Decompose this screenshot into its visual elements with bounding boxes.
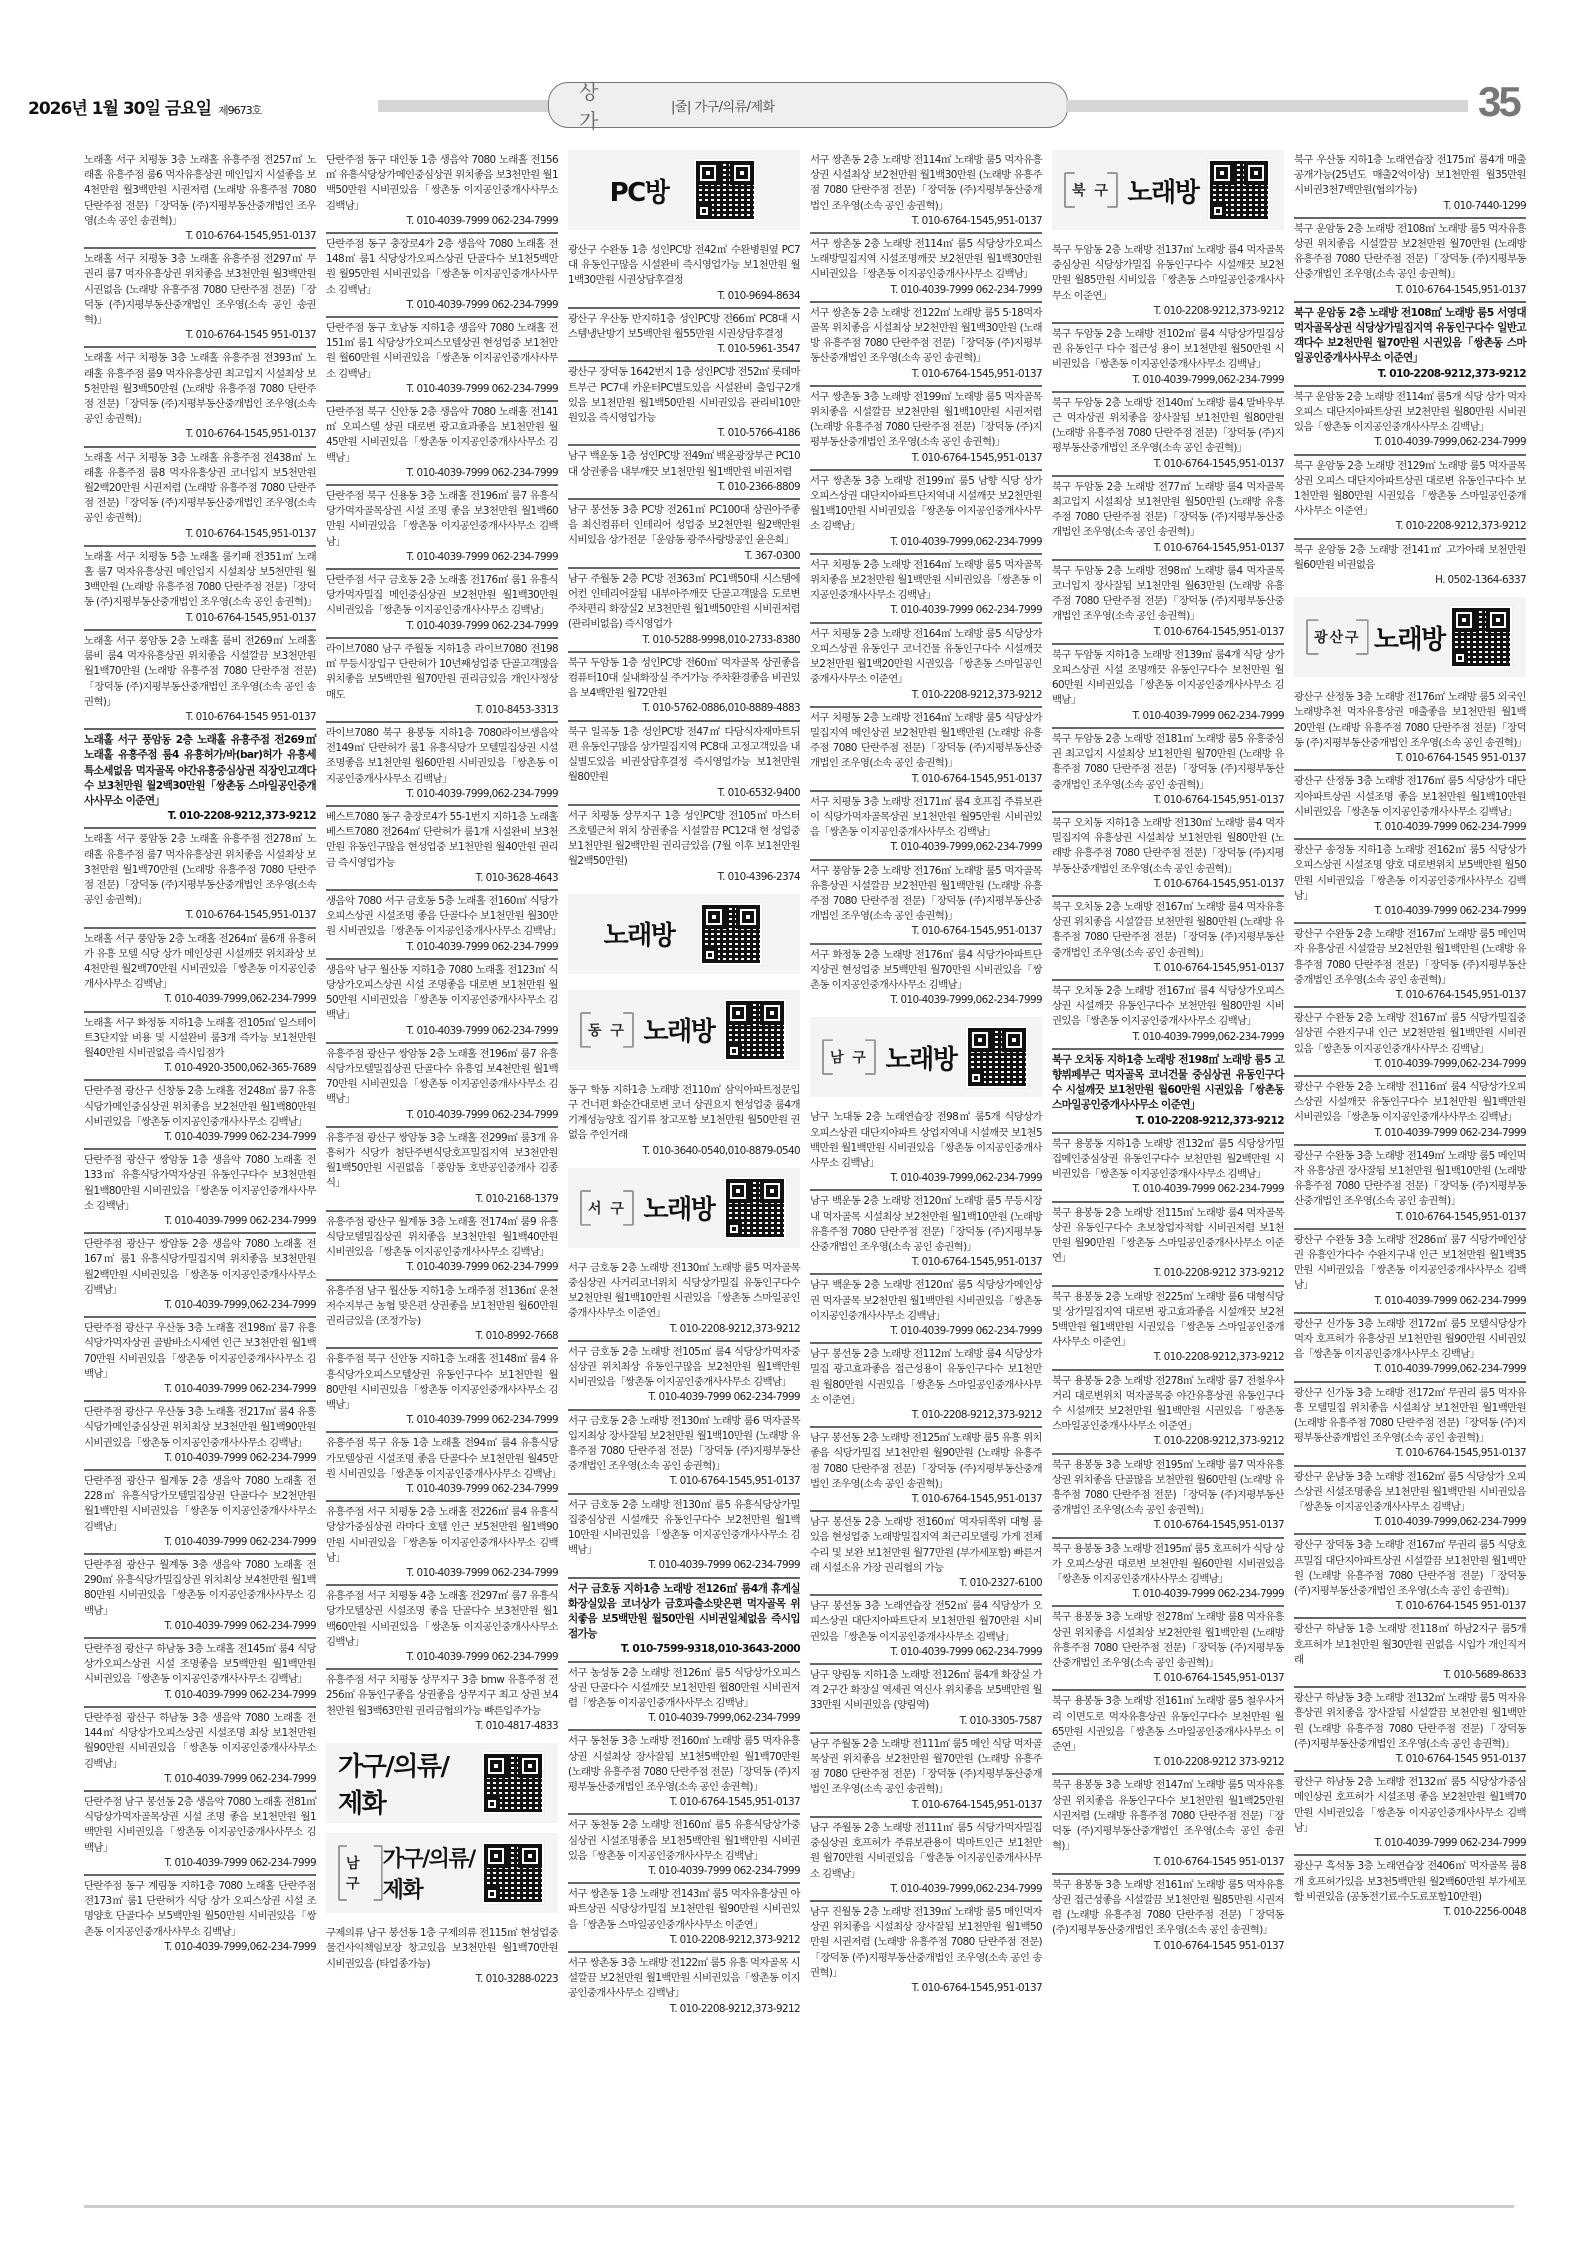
classified-ad: 서구 치평동 상무지구 1층 성인PC방 전105㎡ 마스터즈호텔근처 위치 상… (568, 806, 800, 888)
ad-text: 서구 금호동 2층 노래방 전105㎡ 룸4 식당상가먹자중심상권 위치최상 유… (568, 1346, 800, 1388)
qr-code-icon[interactable] (724, 1177, 786, 1239)
ad-phone: T. 010-2208-9212,373-9212 (810, 1408, 1042, 1423)
classified-ad: 서구 동천동 2층 노래방 전160㎡ 룸5 유흥식당상가중심상권 시설조명좋음… (568, 1815, 800, 1884)
classified-ad: 북구 두암동 지하1층 노래방 전139㎡ 룸4개 식당 상가 오피스상권 시설… (1052, 645, 1284, 729)
ad-phone: T. 010-2208-9212 373-9212 (1052, 1266, 1284, 1281)
ad-phone: T. 010-8992-7668 (326, 1329, 558, 1344)
ad-phone: T. 010-6764-1545,951-0137 (1294, 1446, 1526, 1461)
ad-text: 단란주점 광산구 쌍암동 1층 생음악 7080 노래홀 전133㎡ 유흥식당가… (84, 1154, 316, 1212)
classified-ad: 북구 오치동 2층 노래방 전167㎡ 룸4 식당상가오피스상권 시설깨끗 유동… (1052, 981, 1284, 1050)
ad-text: 노래홀 서구 풍암동 2층 노래홀 룸비 전269㎡ 노래홀 룸비 룸4 먹자유… (84, 635, 316, 708)
classified-ad: 남구 봉선동 3층 PC방 전261㎡ PC100대 상권아주좋음 최신컴퓨터 … (568, 500, 800, 569)
classified-ad: 노래홀 서구 치평동 3층 노래홀 유흥주점 전438㎡ 노래홀 유흥주점 룸8… (84, 448, 316, 547)
ad-text: 노래홀 서구 치평동 5층 노래홀 룸키패 전351㎡ 노래홀 룸7 먹자유흥상… (84, 551, 317, 609)
column-6-ads: 북구 우산동 지하1층 노래연습장 전175㎡ 룸4개 매출공개가능(25년도 … (1294, 150, 1526, 591)
classified-ad: 단란주점 광산구 하남동 3층 생음악 7080 노래홀 전144㎡ 식당상가오… (84, 1708, 316, 1792)
ad-phone: T. 010-6764-1545 951-0137 (1052, 1855, 1284, 1870)
section-pill: 상 가 |줄| 가구/의류/제화 (548, 82, 1068, 128)
ad-text: 서구 쌍촌동 2층 노래방 전114㎡ 룸5 식당상가오피스노래방밀집지역 시설… (810, 238, 1042, 280)
classified-ad: 서구 금호동 2층 노래방 전130㎡ 노래방 룸6 먹자골목 입지최상 장사잘… (568, 1411, 800, 1495)
district-label: 남 구 (822, 1039, 876, 1075)
ad-text: 북구 용봉동 3층 노래방 전195㎡ 룸5 호프허가 식당 상가 오피스상권 … (1052, 1543, 1284, 1585)
ad-phone: T. 010-4039-7999,062-234-7999 (1294, 1362, 1526, 1377)
classified-ad: 서구 치평동 2층 노래방 전164㎡ 노래방 룸5 먹자골목 위치좋음 보2천… (810, 555, 1042, 624)
classified-ad: 단란주점 광산구 월계동 3층 생음악 7080 노래홀 전290㎡ 유흥식당가… (84, 1555, 316, 1639)
ad-text: 단란주점 광산구 하남동 3층 노래홀 전145㎡ 룸4 식당상가오피스상권 시… (84, 1643, 316, 1685)
ad-text: 서구 동천동 2층 노래방 전160㎡ 룸5 유흥식당상가중심상권 시설조명좋음… (568, 1819, 800, 1861)
classified-ad: 서구 치평동 2층 노래방 전164㎡ 노래방 룸5 식당상가오피스상권 유동인… (810, 624, 1042, 708)
section-header-nam-karaoke: 남 구 노래방 (810, 1017, 1042, 1097)
ad-text: 노래홀 서구 치평동 3층 노래홀 유흥주점 전393㎡ 노래홀 유흥주점 룸9… (84, 352, 316, 425)
ad-phone: T. 010-2208-9212 373-9212 (1052, 1755, 1284, 1770)
classified-ad: 북구 용봉동 3층 노래방 전161㎡ 노래방 룸5 철우사거리 이면도로 먹자… (1052, 1691, 1284, 1775)
ad-text: 서구 농성동 2층 노래방 전126㎡ 룸5 식당상가오피스상권 단골다수 시설… (568, 1667, 800, 1709)
ad-text: 광산구 장덕동 1642번지 1층 성인PC방 전52㎡ 롯데마트부근 PC7대… (568, 366, 800, 424)
section-header-seo-karaoke: 서 구 노래방 (568, 1168, 800, 1248)
ad-phone: T. 010-4039-7999 062-234-7999 (326, 550, 558, 565)
classified-ad: 유흥주점 광산구 쌍암동 3층 노래홀 전299㎡ 룸3개 유흥허가 식당가 첨… (326, 1128, 558, 1212)
classified-ad: 북구 운암동 2층 노래방 전114㎡ 룸5개 식당 상가 먹자 오피스 대단지… (1294, 387, 1526, 456)
ad-text: 단란주점 동구 계림동 지하1층 7080 노래홀 단란주점 전173㎡ 룸1 … (84, 1880, 316, 1938)
ad-text: 광산구 수완동 2층 노래방 전116㎡ 룸4 식당상가오피스상권 시설깨끗 유… (1294, 1081, 1526, 1123)
ad-phone: T. 010-6764-1545 951-0137 (84, 710, 316, 725)
classified-ad: 광산구 하남동 1층 노래방 전118㎡ 하남2지구 룸5개 호프허가 보1천만… (1294, 1619, 1526, 1688)
ad-phone: T. 010-4039-7999,062-234-7999 (1294, 1057, 1526, 1072)
ad-text: 북구 운암동 2층 노래방 전108㎡ 노래방 룸5 서영대 먹자골목상권 식당… (1294, 307, 1526, 365)
ad-phone: T. 010-4039-7999,062-234-7999 (810, 993, 1042, 1008)
ad-phone: T. 010-4039-7999 062-234-7999 (326, 214, 558, 229)
classified-ad: 노래홀 서구 치평동 3층 노래홀 유흥주점 전257㎡ 노래홀 유흥주점 룸6… (84, 150, 316, 249)
classified-ad: 광산구 우산동 반지하1층 성인PC방 전66㎡ PC8대 시스템냉난방기 보5… (568, 309, 800, 363)
ad-text: 단란주점 광산구 우산동 3층 노래홀 전198㎡ 룸7 유흥식당가먹자상권 골… (84, 1322, 316, 1380)
classified-ad: 북구 오치동 2층 노래방 전167㎡ 노래방 룸4 먹자유흥상권 위치좋음 시… (1052, 897, 1284, 981)
ad-phone: T. 010-4039-7999 062-234-7999 (326, 1482, 558, 1497)
ad-text: 서구 금호동 2층 노래방 전130㎡ 노래방 룸6 먹자골목 입지최상 장사잘… (568, 1415, 800, 1473)
classified-ad: 북구 두암동 2층 노래방 전140㎡ 노래방 룸4 말바우부근 먹자상권 위치… (1052, 393, 1284, 477)
classified-ad: 북구 용봉동 2층 노래방 전225㎡ 노래방 룸6 대형식당 및 상가밀집지역… (1052, 1287, 1284, 1371)
classified-ad: 서구 농성동 2층 노래방 전126㎡ 룸5 식당상가오피스상권 단골다수 시설… (568, 1663, 800, 1732)
district-label: 동 구 (580, 1012, 634, 1048)
ad-phone: T. 010-7440-1299 (1294, 199, 1526, 214)
classified-ad: 북구 운암동 2층 노래방 전129㎡ 노래방 룸5 먹자골목상권 오피스 대단… (1294, 456, 1526, 540)
ad-text: 서구 쌍촌동 3층 노래방 전122㎡ 룸5 유흥 먹자골목 시설깔끔 보2천만… (568, 1957, 800, 1999)
classified-ad: 노래홀 서구 화정동 지하1층 노래홀 전105㎡ 일스테이트3단지앞 비용 및… (84, 1013, 316, 1082)
section-header-buk-karaoke: 북 구 노래방 (1052, 150, 1284, 230)
ad-text: 남구 봉선동 3층 PC방 전261㎡ PC100대 상권아주좋음 최신컴퓨터 … (568, 504, 800, 546)
ad-phone: T. 010-6764-1545,951-0137 (810, 214, 1042, 229)
ad-phone: T. 010-5762-0886,010-8889-4883 (568, 701, 800, 716)
section-title-karaoke: 노래방 (644, 1011, 715, 1048)
ad-text: 북구 용봉동 2층 노래방 전225㎡ 노래방 룸6 대형식당 및 상가밀집지역… (1052, 1291, 1284, 1349)
ad-phone: T. 010-4039-7999 062-234-7999 (1294, 820, 1526, 835)
qr-code-icon[interactable] (694, 159, 756, 221)
ad-phone: T. 010-2208-9212,373-9212 (568, 1933, 800, 1948)
section-header-gwangsan-karaoke: 광산구 노래방 (1294, 597, 1526, 677)
classified-ad: 서구 쌍촌동 3층 노래방 전199㎡ 룸5 남향 식당 상가 오피스상권 대단… (810, 471, 1042, 555)
ad-phone: T. 010-9694-8634 (568, 289, 800, 304)
ad-phone: T. 010-5689-8633 (1294, 1668, 1526, 1683)
ad-text: 단란주점 서구 금호동 2층 노래홀 전176㎡ 룸1 유흥식당가먹자밀집 메인… (326, 574, 558, 616)
ad-phone: T. 010-7599-9318,010-3643-2000 (568, 1642, 800, 1657)
ad-phone: T. 010-6764-1545,951-0137 (568, 1474, 800, 1489)
classified-ad: 남구 봉선동 2층 노래방 전125㎡ 노래방 룸5 유흥 위치좋음 식당가밀집… (810, 1428, 1042, 1512)
ad-phone: T. 010-5961-3547 (568, 342, 800, 357)
ad-phone: T. 010-6764-1545,951-0137 (810, 451, 1042, 466)
ad-text: 노래홀 서구 치평동 3층 노래홀 유흥주점 전438㎡ 노래홀 유흥주점 룸8… (84, 452, 316, 525)
classified-ad: 북구 운암동 2층 노래방 전141㎡ 고가아래 보천만원 월60만원 비권없음… (1294, 540, 1526, 592)
ad-text: 남구 주월동 2층 노래방 전111㎡ 룸5 식당가먹자밀집중심상권 호프허가 … (810, 1822, 1042, 1880)
ad-text: 남구 주월동 2층 노래방 전111㎡ 룸5 메인 식당 먹자골목상권 위치좋음… (810, 1738, 1042, 1796)
ad-phone: T. 010-4039-7999 062-234-7999 (1052, 1587, 1284, 1602)
classified-ad: 광산구 송정동 지하1층 노래방 전162㎡ 룸5 식당상가오피스상권 시설조명… (1294, 840, 1526, 924)
ad-text: 동구 학동 지하1층 노래방 전110㎡ 삼익아파트정문입구 건너편 화순간대로… (568, 1084, 800, 1142)
ad-text: 북구 오치동 지하1층 노래방 전130㎡ 노래방 룸4 먹자밀집지역 유흥상권… (1052, 817, 1284, 875)
classified-ad: 서구 풍암동 2층 노래방 전176㎡ 노래방 룸5 먹자골목 유흥상권 시설깔… (810, 861, 1042, 945)
ad-phone: T. 010-6764-1545,951-0137 (810, 924, 1042, 939)
classified-ad: 단란주점 북구 신용동 3층 노래홀 전196㎡ 룸7 유흥식당가먹자골목상권 … (326, 486, 558, 570)
ad-text: 서구 쌍촌동 2층 노래방 전114㎡ 노래방 룸5 먹자유흥상권 시설최상 보… (810, 154, 1042, 212)
ad-text: 서구 금호동 2층 노래방 전130㎡ 룸5 유흥식당상가밀집중심상권 시설깨끗… (568, 1499, 800, 1557)
classified-ad: 광산구 수완동 3층 노래방 전286㎡ 룸7 식당가메인상권 유흥인가다수 수… (1294, 1230, 1526, 1314)
ad-phone: T. 010-2208-9212,373-9212 (1294, 519, 1526, 534)
qr-code-icon[interactable] (1450, 606, 1512, 668)
classified-ad: 서구 금호동 2층 노래방 전130㎡ 노래방 룸5 먹자골목중심상권 사거리코… (568, 1258, 800, 1342)
classified-ad: 북구 용봉동 3층 노래방 전195㎡ 노래방 룸7 먹자유흥상권 위치좋음 단… (1052, 1455, 1284, 1539)
classified-ad: 노래홀 서구 풍암동 2층 노래홀 유흥주점 전269㎡ 노래홀 유흥주점 룸4… (84, 730, 316, 829)
masthead-rule-right (1066, 100, 1468, 112)
ad-text: 북구 용봉동 3층 노래방 전161㎡ 노래방 룸5 먹자유흥상권 접근성좋음 … (1052, 1879, 1284, 1937)
ad-text: 서구 금호동 2층 노래방 전130㎡ 노래방 룸5 먹자골목중심상권 사거리코… (568, 1262, 800, 1320)
ad-text: 북구 오치동 지하1층 노래방 전198㎡ 노래방 룸5 고향뷔페부근 먹자골목… (1052, 1054, 1284, 1112)
section-header-dong-karaoke: 동 구 노래방 (568, 990, 800, 1070)
classified-ad: 남구 봉선동 3층 노래연습장 전52㎡ 룸4 식당상가 오피스상권 대단지아파… (810, 1596, 1042, 1665)
section-title: 상 가 (579, 76, 639, 134)
qr-code-icon[interactable] (724, 999, 786, 1061)
ad-phone: T. 010-4039-7999 062-234-7999 (326, 1260, 558, 1275)
ad-text: 북구 용봉동 3층 노래방 전161㎡ 노래방 룸5 철우사거리 이면도로 먹자… (1052, 1695, 1284, 1753)
section-title-karaoke: 노래방 (1374, 619, 1445, 656)
classified-ad: 남구 주월동 2층 PC방 전363㎡ PC1백50대 시스템에어컨 인테리어잘… (568, 569, 800, 653)
masthead: 2026년 1월 30일 금요일 제9673호 상 가 |줄| 가구/의류/제화… (28, 82, 1558, 130)
ad-phone: T. 010-4039-7999 062-234-7999 (1294, 1126, 1526, 1141)
ad-text: 광산구 하남동 2층 노래방 전132㎡ 룸5 식당상가중심메인상권 호프허가 … (1294, 1776, 1526, 1834)
column-2-ads: 단란주점 동구 대인동 1층 생음악 7080 노래홀 전156㎡ 유흥식당상가… (326, 150, 558, 1737)
ad-text: 유흥주점 서구 치평동 4층 노래홀 전297㎡ 룸7 유흥식당가모텔상권 시설… (326, 1590, 558, 1648)
ad-text: 남구 노대동 2층 노래연습장 전98㎡ 룸5개 식당상가 오피스상권 대단지아… (810, 1111, 1042, 1169)
section-title-karaoke: 노래방 (886, 1039, 957, 1076)
ad-text: 단란주점 동구 대인동 1층 생음악 7080 노래홀 전156㎡ 유흥식당상가… (326, 154, 558, 212)
ad-phone: T. 010-4396-2374 (568, 870, 800, 885)
classified-ad: 단란주점 광산구 쌍암동 2층 생음악 7080 노래홀 전167㎡ 룸1 유흥… (84, 1234, 316, 1318)
classified-ad: 남구 노대동 2층 노래연습장 전98㎡ 룸5개 식당상가 오피스상권 대단지아… (810, 1107, 1042, 1191)
ad-text: 남구 봉선동 2층 노래방 전160㎡ 먹자뒤쪽위 대형 룸있음 현성업중 노래… (810, 1516, 1042, 1574)
ad-phone: T. 010-6764-1545,951-0137 (810, 1798, 1042, 1813)
ad-phone: T. 010-6764-1545,951-0137 (1052, 1671, 1284, 1686)
section-title-karaoke: 노래방 (1128, 172, 1199, 209)
ad-phone: T. 010-6764-1545 951-0137 (1294, 1752, 1526, 1767)
ad-text: 생음악 7080 서구 금호동 5층 노래홀 전160㎡ 식당가오피스상권 시설… (326, 895, 561, 937)
ad-phone: T. 010-2208-9212,373-9212 (568, 1322, 800, 1337)
classified-ad: 북구 두암동 2층 노래방 전98㎡ 노래방 룸4 먹자골목 코너입지 장사잘됨… (1052, 561, 1284, 645)
ad-text: 남구 백운동 2층 노래방 전120㎡ 노래방 룸5 무등시장내 먹자골목 시설… (810, 1195, 1042, 1253)
ad-text: 광산구 흑석동 3층 노래연습장 전406㎡ 먹자골목 룸8개 호프허가있음 보… (1294, 1860, 1526, 1902)
seo-karaoke-ads: 서구 금호동 2층 노래방 전130㎡ 노래방 룸5 먹자골목중심상권 사거리코… (568, 1258, 800, 2020)
section-title-pc: PC방 (610, 172, 669, 209)
column-3: PC방 광산구 수완동 1층 성인PC방 전42㎡ 수완병원옆 PC7대 유동인… (568, 150, 800, 2200)
ad-text: 단란주점 동구 충장로4가 2층 생음악 7080 노래홀 전148㎡ 룸1 식… (326, 238, 558, 296)
classified-ad: 남구 양림동 지하1층 노래방 전126㎡ 룸4개 화장실 가격 2구간 화장실… (810, 1665, 1042, 1734)
ad-text: 단란주점 광산구 신창동 2층 노래홀 전248㎡ 룸7 유흥식당가메인중심상권… (84, 1085, 316, 1127)
ad-text: 서구 금호동 지하1층 노래방 전126㎡ 룸4개 휴게실 화장실있음 코너상가… (568, 1583, 800, 1641)
ad-phone: T. 010-4039-7999 062-234-7999 (1294, 1294, 1526, 1309)
classified-ad: 서구 금호동 지하1층 노래방 전126㎡ 룸4개 휴게실 화장실있음 코너상가… (568, 1579, 800, 1663)
classified-ad: 남구 백운동 2층 노래방 전120㎡ 노래방 룸5 무등시장내 먹자골목 시설… (810, 1191, 1042, 1275)
ad-text: 광산구 신가동 3층 노래방 전172㎡ 룸5 모텔식당상가먹자 호프허가 유흥… (1294, 1318, 1526, 1360)
ad-text: 유흥주점 북구 신안동 지하1층 노래홀 전148㎡ 룸4 유흥식당가오피스모텔… (326, 1353, 558, 1411)
ad-phone: T. 010-4039-7999 062-234-7999 (84, 1619, 316, 1634)
ad-phone: T. 010-2208-9212,373-9212 (1052, 1114, 1284, 1129)
ad-phone: T. 010-6764-1545 951-0137 (1052, 1939, 1284, 1954)
ad-phone: T. 010-3305-7587 (810, 1714, 1042, 1729)
classified-ad: 북구 일곡동 1층 성인PC방 전47㎡ 다담식자재마트뒤편 유동인구많음 상가… (568, 722, 800, 806)
classified-ad: 단란주점 북구 신안동 2층 생음악 7080 노래홀 전141㎡ 오피스텔 상… (326, 402, 558, 486)
ad-phone: T. 010-2208-9212,373-9212 (1052, 1434, 1284, 1449)
ad-phone: T. 010-2208-9212,373-9212 (1294, 367, 1526, 382)
classified-ad: 북구 용봉동 3층 노래방 전195㎡ 룸5 호프허가 식당 상가 오피스상권 … (1052, 1539, 1284, 1608)
ad-text: 서구 치평동 3층 노래방 전171㎡ 룸4 호프집 주류보관이 식당가먹자골목… (810, 796, 1042, 838)
ad-text: 북구 운암동 2층 노래방 전114㎡ 룸5개 식당 상가 먹자 오피스 대단지… (1294, 391, 1526, 433)
ad-phone: T. 010-4039-7999 062-234-7999 (810, 1645, 1042, 1660)
ad-phone: T. 010-4039-7999,062-234-7999 (1294, 435, 1526, 450)
classified-ad: 광산구 하남동 3층 노래방 전132㎡ 노래방 룸5 먹자유흥상권 위치좋음 … (1294, 1688, 1526, 1772)
ad-text: 노래홀 서구 치평동 3층 노래홀 유흥주점 전297㎡ 무권리 룸7 먹자유흥… (84, 253, 316, 326)
ad-phone: T. 010-6764-1545,951-0137 (568, 1795, 800, 1810)
section-title-karaoke: 노래방 (604, 915, 675, 952)
ad-text: 남구 양림동 지하1층 노래방 전126㎡ 룸4개 화장실 가격 2구간 화장실… (810, 1669, 1042, 1711)
classified-ad: 광산구 수완동 1층 성인PC방 전42㎡ 수완병원옆 PC7대 유동인구많음 … (568, 240, 800, 309)
ad-text: 광산구 수완동 2층 노래방 전167㎡ 룸5 식당가밀집중심상권 수완지구내 … (1294, 1012, 1526, 1054)
classified-ad: 광산구 운남동 3층 노래방 전162㎡ 룸5 식당상가 오피스상권 시설조명좋… (1294, 1467, 1526, 1536)
ad-phone: T. 010-6764-1545,951-0137 (1052, 1518, 1284, 1533)
ad-text: 광산구 장덕동 3층 노래방 전167㎡ 무권리 룸5 식당호프밀집 대단지아파… (1294, 1539, 1526, 1597)
ad-text: 노래홀 서구 풍암동 2층 노래홀 유흥주점 전269㎡ 노래홀 유흥주점 룸4… (84, 734, 316, 807)
column-5: 북 구 노래방 북구 두암동 2층 노래방 전137㎡ 노래방 룸4 먹자골목중… (1052, 150, 1284, 2200)
section-header-furniture: 가구/의류/제화 (326, 1743, 558, 1823)
classified-ad: 서구 쌍촌동 2층 노래방 전114㎡ 룸5 식당상가오피스노래방밀집지역 시설… (810, 234, 1042, 303)
ad-text: 광산구 수완동 1층 성인PC방 전42㎡ 수완병원옆 PC7대 유동인구많음 … (568, 244, 800, 286)
classified-ad: 남구 봉선동 2층 노래방 전112㎡ 노래방 룸4 식당상가밀집 광고효과좋음… (810, 1344, 1042, 1428)
classified-ad: 북구 용봉동 3층 노래방 전147㎡ 노래방 룸5 먹자유흥상권 위치좋음 유… (1052, 1775, 1284, 1874)
classified-ad: 서구 치평동 2층 노래방 전164㎡ 노래방 룸5 식당상가밀집지역 메인상권… (810, 708, 1042, 792)
ad-text: 북구 두암동 지하1층 노래방 전139㎡ 룸4개 식당 상가 오피스상권 시설… (1052, 649, 1284, 707)
ad-phone: T. 010-4039-7999 062-234-7999 (84, 1535, 316, 1550)
ad-phone: T. 010-6764-1545,951-0137 (810, 772, 1042, 787)
ad-text: 북구 운암동 2층 노래방 전108㎡ 노래방 룸5 먹자유흥상권 위치좋음 시… (1294, 223, 1526, 281)
classified-ad: 북구 용봉동 2층 노래방 전115㎡ 노래방 룸4 먹자골목상권 유동인구다수… (1052, 1203, 1284, 1287)
ad-text: 유흥주점 서구 치평동 2층 노래홀 전226㎡ 룸4 유흥식당상가중심상권 라… (326, 1506, 558, 1564)
classified-ad: 북구 용봉동 지하1층 노래방 전132㎡ 룸5 식당상가밀집메인중심상권 유동… (1052, 1134, 1284, 1203)
classified-ad: 광산구 하남동 2층 노래방 전132㎡ 룸5 식당상가중심메인상권 호프허가 … (1294, 1772, 1526, 1856)
ad-text: 광산구 산정동 3층 노래방 전176㎡ 노래방 룸5 외국인노래방추천 먹자유… (1294, 691, 1527, 749)
ad-phone: T. 010-2208-9212,373-9212 (84, 809, 316, 824)
ad-phone: T. 010-4039-7999,062-234-7999 (810, 1171, 1042, 1186)
qr-code-icon[interactable] (966, 1026, 1028, 1088)
ad-phone: T. 010-4039-7999,062-234-7999 (810, 535, 1042, 550)
classified-ad: 노래홀 서구 풍암동 2층 노래홀 전264㎡ 룸6개 유흥허가 유흥 모텔 식… (84, 929, 316, 1013)
ad-text: 유흥주점 광산구 쌍암동 2층 노래홀 전196㎡ 룸7 유흥식당가모텔밀집상권… (326, 1048, 558, 1106)
ad-phone: T. 010-6764-1545,951-0137 (810, 1981, 1042, 1996)
ad-text: 노래홀 서구 치평동 3층 노래홀 유흥주점 전257㎡ 노래홀 유흥주점 룸6… (84, 154, 316, 227)
ad-phone: T. 010-3628-4643 (326, 871, 558, 886)
ad-phone: T. 010-4039-7999 062-234-7999 (568, 1390, 800, 1405)
ad-phone: T. 010-3288-0223 (326, 1972, 558, 1987)
ad-text: 서구 쌍촌동 3층 노래방 전199㎡ 룸5 남향 식당 상가 오피스상권 대단… (810, 475, 1042, 533)
nam-karaoke-ads: 남구 노대동 2층 노래연습장 전98㎡ 룸5개 식당상가 오피스상권 대단지아… (810, 1107, 1042, 1999)
ad-phone: T. 010-4039-7999 062-234-7999 (84, 1382, 316, 1397)
ad-phone: T. 010-2208-9212,373-9212 (1052, 1350, 1284, 1365)
ad-text: 서구 치평동 2층 노래방 전164㎡ 노래방 룸5 식당상가오피스상권 유동인… (810, 628, 1042, 686)
classified-ad: 단란주점 동구 계림동 지하1층 7080 노래홀 단란주점 전173㎡ 룸1 … (84, 1876, 316, 1958)
ad-phone: T. 010-4039-7999,062-234-7999 (1052, 1030, 1284, 1045)
ad-phone: T. 010-6764-1545,951-0137 (810, 1255, 1042, 1270)
ad-phone: T. 010-4039-7999,062-234-7999 (1052, 373, 1284, 388)
qr-code-icon[interactable] (1208, 159, 1270, 221)
classified-ad: 생음악 7080 서구 금호동 5층 노래홀 전160㎡ 식당가오피스상권 시설… (326, 891, 558, 960)
ad-phone: T. 010-4039-7999 062-234-7999 (326, 382, 558, 397)
ad-text: 단란주점 광산구 월계동 3층 생음악 7080 노래홀 전290㎡ 유흥식당가… (84, 1559, 316, 1617)
ad-text: 북구 오치동 2층 노래방 전167㎡ 룸4 식당상가오피스상권 시설깨끗 유동… (1052, 985, 1284, 1027)
ad-text: 광산구 신가동 3층 노래방 전172㎡ 무권리 룸5 먹자유흥 모텔밀집 위치… (1294, 1387, 1526, 1445)
ad-phone: T. 010-6532-9400 (568, 786, 800, 801)
ad-text: 서구 쌍촌동 3층 노래방 전199㎡ 노래방 룸5 먹자골목 위치좋음 시설깔… (810, 391, 1042, 449)
ad-text: 서구 치평동 2층 노래방 전164㎡ 노래방 룸5 먹자골목 위치좋음 보2천… (810, 559, 1042, 601)
ad-text: 남구 백운동 2층 노래방 전120㎡ 룸5 식당상가메인상권 먹자골목 보2천… (810, 1279, 1042, 1321)
ad-phone: T. 010-6764-1545,951-0137 (84, 611, 316, 626)
classified-ad: 남구 주월동 2층 노래방 전111㎡ 룸5 식당가먹자밀집중심상권 호프허가 … (810, 1818, 1042, 1902)
classified-ad: 서구 금호동 2층 노래방 전105㎡ 룸4 식당상가먹자중심상권 위치최상 유… (568, 1342, 800, 1411)
ad-text: 서구 화정동 2층 노래방 전176㎡ 룸4 식당가아파트단지상권 현성업중 보… (810, 949, 1042, 991)
classified-ad: 북구 두암동 2층 노래방 전102㎡ 룸4 식당상가밀집상권 유동인구 다수 … (1052, 324, 1284, 393)
district-label: 북 구 (1064, 172, 1118, 208)
ad-phone: T. 010-6764-1545,951-0137 (84, 908, 316, 923)
ad-phone: T. 010-2208-9212,373-9212 (810, 688, 1042, 703)
ad-phone: T. 010-4039-7999,062-234-7999 (810, 840, 1042, 855)
ad-phone: T. 010-4039-7999 062-234-7999 (326, 1566, 558, 1581)
ad-text: 북구 두암동 2층 노래방 전140㎡ 노래방 룸4 말바우부근 먹자상권 위치… (1052, 397, 1284, 455)
column-2: 단란주점 동구 대인동 1층 생음악 7080 노래홀 전156㎡ 유흥식당상가… (326, 150, 558, 2200)
ad-text: 단란주점 광산구 우산동 3층 노래홀 전217㎡ 룸4 유흥식당가메인중심상권… (84, 1406, 316, 1448)
district-label: 서 구 (580, 1190, 634, 1226)
qr-code-icon[interactable] (700, 903, 762, 965)
ad-phone: T. 010-8453-3313 (326, 703, 558, 718)
ad-text: 북구 용봉동 3층 노래방 전147㎡ 노래방 룸5 먹자유흥상권 위치좋음 유… (1052, 1779, 1284, 1852)
ad-text: 북구 두암동 1층 성인PC방 전60㎡ 먹자골목 상권좋음 컴퓨터10대 실내… (568, 657, 800, 699)
ad-phone: T. 010-4039-7999 062-234-7999 (326, 466, 558, 481)
ad-phone: T. 010-5288-9998,010-2733-8380 (568, 633, 800, 648)
classified-ad: 유흥주점 남구 월산동 지하1층 노래주점 전136㎡ 운천저수지부근 농협 맞… (326, 1281, 558, 1350)
ad-text: 북구 용봉동 3층 노래방 전195㎡ 노래방 룸7 먹자유흥상권 위치좋음 단… (1052, 1459, 1284, 1517)
classified-ad: 유흥주점 광산구 월계동 3층 노래홀 전174㎡ 룸9 유흥식당모텔밀집상권 … (326, 1212, 558, 1281)
ad-text: 광산구 수완동 3층 노래방 전286㎡ 룸7 식당가메인상권 유흥인가다수 수… (1294, 1234, 1526, 1292)
ad-phone: T. 010-2208-9212,373-9212 (568, 2002, 800, 2017)
ad-phone: T. 010-4039-7999 062-234-7999 (326, 1650, 558, 1665)
classified-ad: 단란주점 서구 금호동 2층 노래홀 전176㎡ 룸1 유흥식당가먹자밀집 메인… (326, 570, 558, 639)
classified-ad: 북구 운암동 2층 노래방 전108㎡ 노래방 룸5 서영대 먹자골목상권 식당… (1294, 303, 1526, 387)
ad-phone: T. 010-6764-1545,951-0137 (1052, 793, 1284, 808)
column-4: 서구 쌍촌동 2층 노래방 전114㎡ 노래방 룸5 먹자유흥상권 시설최상 보… (810, 150, 1042, 2200)
classified-ad: 노래홀 서구 풍암동 2층 노래홀 룸비 전269㎡ 노래홀 룸비 룸4 먹자유… (84, 631, 316, 730)
ad-phone: T. 010-2256-0048 (1294, 1905, 1526, 1920)
ad-phone: T. 010-4920-3500,062-365-7689 (84, 1061, 316, 1076)
ad-text: 유흥주점 북구 유동 1층 노래홀 전94㎡ 룸4 유흥식당가모텔상권 시설조명… (326, 1437, 561, 1479)
qr-code-icon[interactable] (482, 1842, 544, 1904)
classified-ad: 노래홀 서구 치평동 3층 노래홀 유흥주점 전393㎡ 노래홀 유흥주점 룸9… (84, 348, 316, 447)
ad-phone: T. 010-6764-1545,951-0137 (1052, 961, 1284, 976)
classified-ad: 광산구 신가동 3층 노래방 전172㎡ 무권리 룸5 먹자유흥 모텔밀집 위치… (1294, 1383, 1526, 1467)
qr-code-icon[interactable] (482, 1752, 544, 1814)
ad-phone: T. 010-6764-1545,951-0137 (84, 427, 316, 442)
ad-phone: T. 010-3640-0540,010-8879-0540 (568, 1144, 800, 1159)
column-6: 북구 우산동 지하1층 노래연습장 전175㎡ 룸4개 매출공개가능(25년도 … (1294, 150, 1526, 2200)
ad-phone: T. 010-6764-1545,951-0137 (810, 367, 1042, 382)
ad-phone: T. 010-4039-7999,062-234-7999 (84, 992, 316, 1007)
ad-phone: T. 010-4039-7999 062-234-7999 (84, 1688, 316, 1703)
ad-phone: T. 010-6764-1545 951-0137 (84, 328, 316, 343)
ad-phone: T. 010-4039-7999 062-234-7999 (326, 1413, 558, 1428)
issue-number: 제9673호 (218, 104, 261, 117)
ad-phone: T. 010-4039-7999 062-234-7999 (84, 1856, 316, 1871)
classified-ad: 노래홀 서구 치평동 5층 노래홀 룸키패 전351㎡ 노래홀 룸7 먹자유흥상… (84, 547, 316, 631)
classified-ad: 북구 용봉동 3층 노래방 전278㎡ 노래방 룸8 먹자유흥상권 위치좋음 시… (1052, 1607, 1284, 1691)
section-header-karaoke: 노래방 (568, 894, 800, 974)
ad-phone: T. 010-4039-7999 062-234-7999 (810, 603, 1042, 618)
ad-phone: T. 010-4039-7999 062-234-7999 (810, 1324, 1042, 1339)
masthead-rule-left (378, 100, 550, 112)
ad-text: 남구 봉선동 2층 노래방 전125㎡ 노래방 룸5 유흥 위치좋음 식당가밀집… (810, 1432, 1042, 1490)
ad-phone: T. 010-4039-7999 062-234-7999 (326, 1108, 558, 1123)
ad-text: 북구 두암동 2층 노래방 전98㎡ 노래방 룸4 먹자골목 코너입지 장사잘됨… (1052, 565, 1284, 623)
ad-phone: T. 010-6764-1545,951-0137 (810, 1492, 1042, 1507)
classified-ad: 유흥주점 서구 치평동 4층 노래홀 전297㎡ 룸7 유흥식당가모텔상권 시설… (326, 1586, 558, 1670)
ad-phone: H. 0502-1364-6337 (1294, 573, 1526, 588)
ad-text: 단란주점 광산구 쌍암동 2층 생음악 7080 노래홀 전167㎡ 룸1 유흥… (84, 1238, 316, 1296)
column-1: 노래홀 서구 치평동 3층 노래홀 유흥주점 전257㎡ 노래홀 유흥주점 룸6… (84, 150, 316, 2200)
ad-phone: T. 010-4039-7999,062-234-7999 (326, 787, 558, 802)
section-title-furniture: 가구/의류/제화 (383, 1842, 482, 1904)
ad-text: 남구 백운동 1층 성인PC방 전49㎡ 백운광장부근 PC10대 상권좋음 내… (568, 450, 800, 477)
ad-text: 단란주점 동구 호남동 지하1층 생음악 7080 노래홀 전151㎡ 룸1 식… (326, 322, 558, 380)
ad-text: 광산구 수완동 3층 노래방 전149㎡ 노래방 룸5 메인먹자 유흥상권 장사… (1294, 1150, 1526, 1208)
classified-ad: 광산구 흑석동 3층 노래연습장 전406㎡ 먹자골목 룸8개 호프허가있음 보… (1294, 1856, 1526, 1923)
ad-text: 남구 봉선동 2층 노래방 전112㎡ 노래방 룸4 식당상가밀집 광고효과좋음… (810, 1348, 1042, 1406)
issue-date: 2026년 1월 30일 금요일 제9673호 (28, 94, 261, 119)
classified-ad: 북구 용봉동 2층 노래방 전278㎡ 노래방 룸7 전철우사거리 대로변위치 … (1052, 1371, 1284, 1455)
classified-ad: 단란주점 남구 봉선동 2층 생음악 7080 노래홀 전81㎡ 식당상가먹자골… (84, 1792, 316, 1876)
classified-ad: 생음악 남구 월산동 지하1층 7080 노래홀 전123㎡ 식당상가오피스상권… (326, 960, 558, 1044)
ad-text: 광산구 송정동 지하1층 노래방 전162㎡ 룸5 식당상가오피스상권 시설조명… (1294, 844, 1526, 902)
classified-ad: 노래홀 서구 풍암동 2층 노래홀 유흥주점 전278㎡ 노래홀 유흥주점 룸7… (84, 829, 316, 928)
classified-ad: 광산구 장덕동 1642번지 1층 성인PC방 전52㎡ 롯데마트부근 PC7대… (568, 362, 800, 446)
ad-phone: T. 010-4039-7999,062-234-7999 (84, 1940, 316, 1955)
ad-phone: T. 010-6764-1545,951-0137 (84, 229, 316, 244)
ad-phone: T. 010-4039-7999 062-234-7999 (568, 1864, 800, 1879)
ad-text: 단란주점 북구 신용동 3층 노래홀 전196㎡ 룸7 유흥식당가먹자골목상권 … (326, 490, 558, 548)
classified-ad: 서구 금호동 2층 노래방 전130㎡ 룸5 유흥식당상가밀집중심상권 시설깨끗… (568, 1495, 800, 1579)
classifieds-columns: 노래홀 서구 치평동 3층 노래홀 유흥주점 전257㎡ 노래홀 유흥주점 룸6… (84, 150, 1514, 2200)
classified-ad: 서구 쌍촌동 3층 노래방 전122㎡ 룸5 유흥 먹자골목 시설깔끔 보2천만… (568, 1953, 800, 2020)
district-label: 남 구 (338, 1845, 383, 1901)
ad-text: 북구 두암동 2층 노래방 전77㎡ 노래방 룸4 먹자골목 최고입지 시설최상… (1052, 481, 1284, 539)
